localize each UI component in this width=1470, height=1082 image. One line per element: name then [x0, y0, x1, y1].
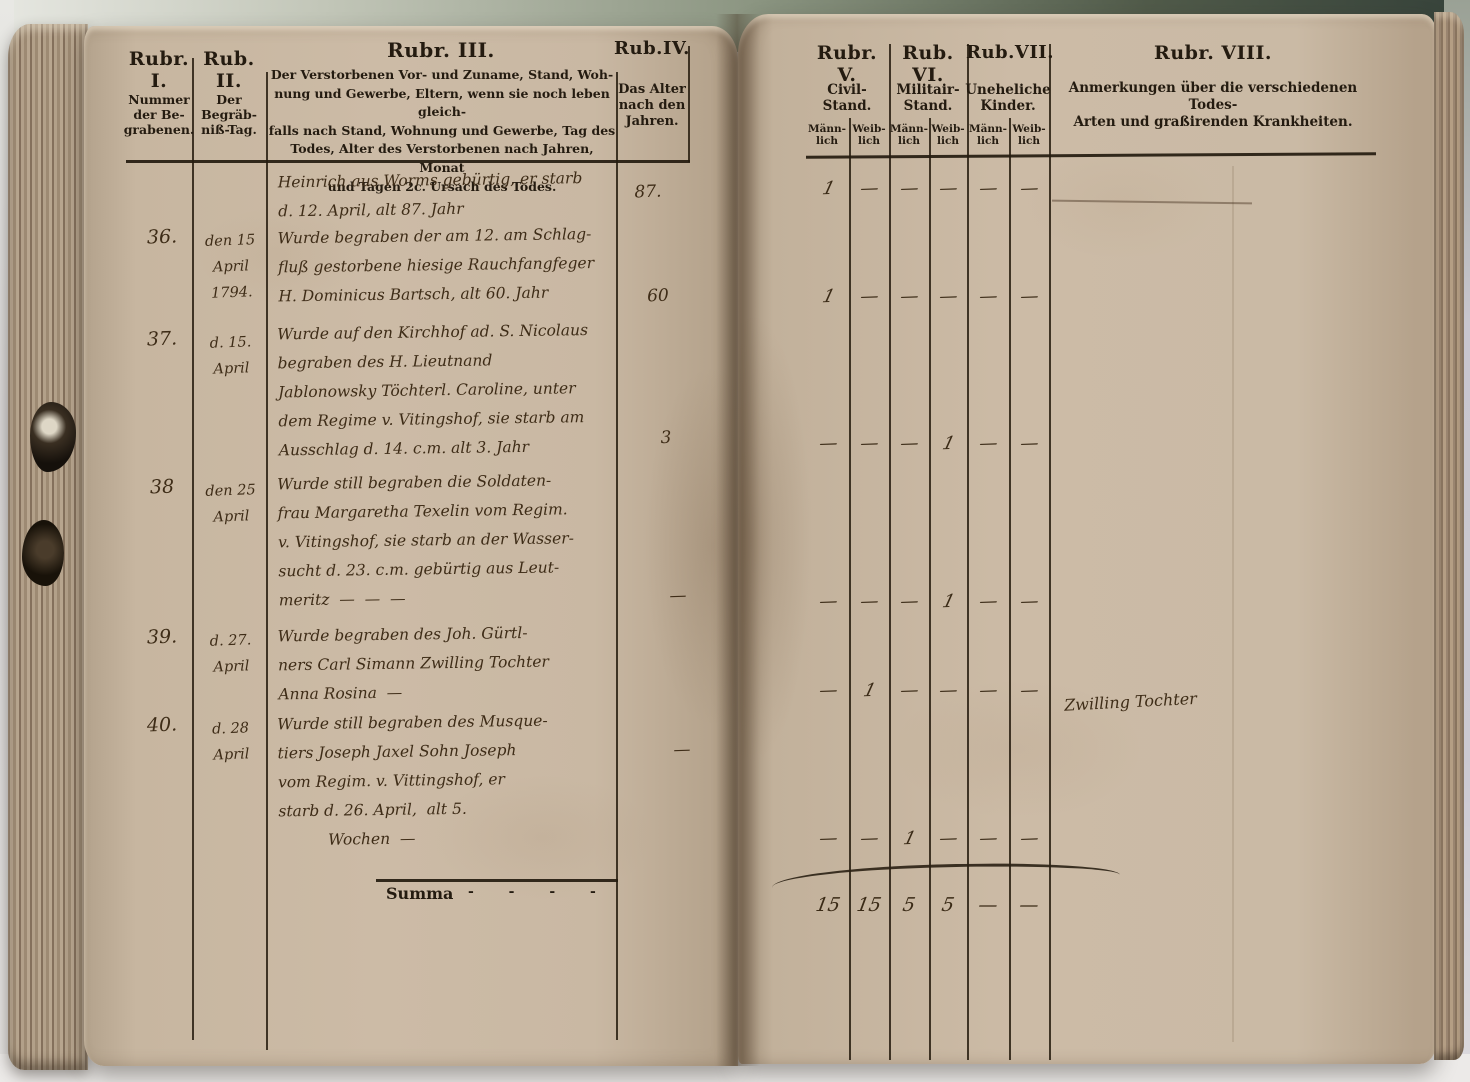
- tally-mark-civil-m: —: [805, 432, 852, 459]
- entry-38-text: Wurde still begraben die Soldaten- frau …: [277, 466, 624, 616]
- column-rule-ii-iii: [266, 72, 268, 1050]
- total-civil-w: 15: [847, 894, 891, 916]
- entry-continuation-age: 87.: [616, 181, 681, 203]
- rubric-viii-title: Rubr. VIII.: [1050, 42, 1376, 64]
- tally-mark-unehelich-w: —: [1006, 177, 1053, 204]
- rubric-iv-label: Das Alter nach den Jahren.: [610, 82, 694, 130]
- rubric-iv-title: Rub.IV.: [612, 38, 692, 59]
- rubric-iii-title: Rubr. III.: [266, 38, 616, 62]
- entry-36-number: 36.: [134, 225, 191, 249]
- tally-mark-civil-m: —: [805, 679, 852, 706]
- rubric-vii-label: Uneheliche Kinder.: [964, 82, 1052, 114]
- rubric-vii-maennlich-label: Männ- lich: [967, 124, 1009, 147]
- tally-mark-civil-m: —: [805, 827, 852, 854]
- rubric-viii-label: Anmerkungen über die verschiedenen Todes…: [1054, 80, 1372, 131]
- entry-36-age: 60: [626, 285, 691, 307]
- spine-damage-spot: [22, 520, 64, 586]
- rubric-v-weiblich-label: Weib- lich: [849, 124, 889, 147]
- rubric-vi-weiblich-label: Weib- lich: [929, 124, 967, 147]
- tally-mark-unehelich-w: —: [1006, 827, 1053, 854]
- entry-continuation-text: Heinrich aus Worms gebürtig, er starb d.…: [278, 164, 624, 227]
- entry-37-age: 3: [634, 427, 699, 449]
- total-militair-m: 5: [887, 894, 931, 916]
- entry-37-number: 37.: [134, 327, 191, 351]
- rubric-v-label: Civil- Stand.: [804, 82, 890, 114]
- entry-40-burial-date: d. 28 April: [196, 715, 266, 769]
- photographed-burial-register: { "palette": { "paper": "#ccbba6", "prin…: [0, 0, 1470, 1082]
- entry-38-number: 38: [134, 475, 191, 499]
- entry-37-burial-date: d. 15. April: [196, 329, 266, 383]
- tally-mark-unehelich-m: —: [965, 679, 1012, 706]
- rubric-v-maennlich-label: Männ- lich: [805, 124, 849, 147]
- entry-38-burial-date: den 25 April: [196, 477, 266, 531]
- rubric-vii-weiblich-label: Weib- lich: [1009, 124, 1049, 147]
- entry-39-age: —: [650, 739, 715, 761]
- tally-mark-civil-m: —: [805, 590, 852, 617]
- column-rule-i-ii: [192, 58, 194, 1040]
- total-unehelich-m: —: [966, 894, 1010, 916]
- entry-39-number: 39.: [134, 625, 191, 649]
- rubric-vi-title: Rub. VI.: [888, 42, 968, 86]
- entry-38-age: —: [646, 585, 711, 607]
- tally-mark-unehelich-w: —: [1006, 679, 1053, 706]
- total-militair-w: 5: [926, 894, 970, 916]
- entry-40-number: 40.: [134, 713, 191, 737]
- rubric-ii-label: Der Begräb- niß-Tag.: [192, 92, 266, 137]
- rubric-vi-maennlich-label: Männ- lich: [889, 124, 929, 147]
- tally-mark-unehelich-m: —: [965, 432, 1012, 459]
- entry-39-burial-date: d. 27. April: [196, 627, 266, 681]
- rubric-vi-label: Militair- Stand.: [886, 82, 970, 114]
- summa-ditto-marks: - - - -: [468, 884, 628, 900]
- tally-mark-unehelich-m: —: [965, 827, 1012, 854]
- tally-mark-unehelich-w: —: [1006, 590, 1053, 617]
- rubric-i-title: Rubr. I.: [124, 48, 194, 92]
- entry-37-text: Wurde auf den Kirchhof ad. S. Nicolaus b…: [277, 316, 624, 466]
- page-fold-crease: [1232, 166, 1234, 1042]
- rubric-i-label: Nummer der Be- grabenen.: [122, 92, 196, 137]
- summa-label: Summa: [386, 884, 458, 903]
- rubric-ii-title: Rub. II.: [192, 48, 266, 92]
- tally-mark-unehelich-m: —: [965, 590, 1012, 617]
- summa-rule: [376, 879, 618, 882]
- rubric-vii-title: Rub.VII.: [966, 42, 1050, 63]
- tally-mark-unehelich-m: —: [965, 177, 1012, 204]
- rubric-v-title: Rubr. V.: [804, 42, 890, 86]
- book-gutter-shadow: [716, 14, 760, 1066]
- total-unehelich-w: —: [1007, 894, 1051, 916]
- entry-36-burial-date: den 15 April 1794.: [196, 227, 267, 307]
- tally-mark-civil-m: 1: [805, 177, 852, 204]
- tally-mark-unehelich-w: —: [1006, 432, 1053, 459]
- entry-40-text: Wurde still begraben des Musque- tiers J…: [277, 706, 624, 856]
- tally-mark-unehelich-m: —: [965, 285, 1012, 312]
- total-civil-m: 15: [806, 894, 850, 916]
- right-fore-edge: [1434, 12, 1464, 1060]
- tally-mark-civil-m: 1: [805, 285, 852, 312]
- entry-39-text: Wurde begraben des Joh. Gürtl- ners Carl…: [277, 618, 623, 710]
- entry-36-text: Wurde begraben der am 12. am Schlag- flu…: [277, 220, 623, 312]
- tally-mark-unehelich-w: —: [1006, 285, 1053, 312]
